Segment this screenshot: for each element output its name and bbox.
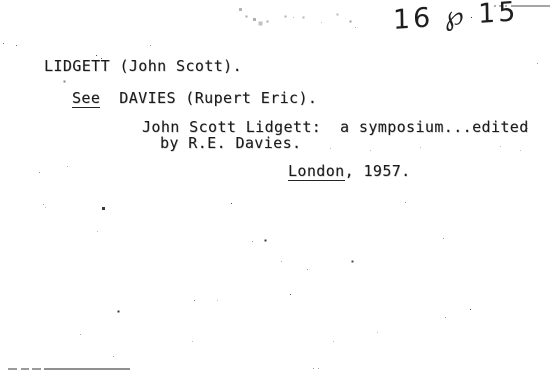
see-label: See <box>72 89 100 108</box>
card-edge-mark-top <box>494 5 550 7</box>
imprint-place: London <box>288 162 345 181</box>
pencil-smudge <box>0 0 1 1</box>
see-reference-author: DAVIES (Rupert Eric). <box>119 89 317 107</box>
imprint-line: London, 1957. <box>288 163 411 180</box>
card-edge-mark-bottom <box>8 368 130 370</box>
see-reference-line: SeeDAVIES (Rupert Eric). <box>72 90 317 107</box>
catalog-card: 16 ℘ 15 LIDGETT (John Scott). SeeDAVIES … <box>0 0 550 374</box>
imprint-date: , 1957. <box>345 162 411 180</box>
title-line-2: by R.E. Davies. <box>160 135 301 152</box>
heading-author: LIDGETT (John Scott). <box>44 58 242 75</box>
